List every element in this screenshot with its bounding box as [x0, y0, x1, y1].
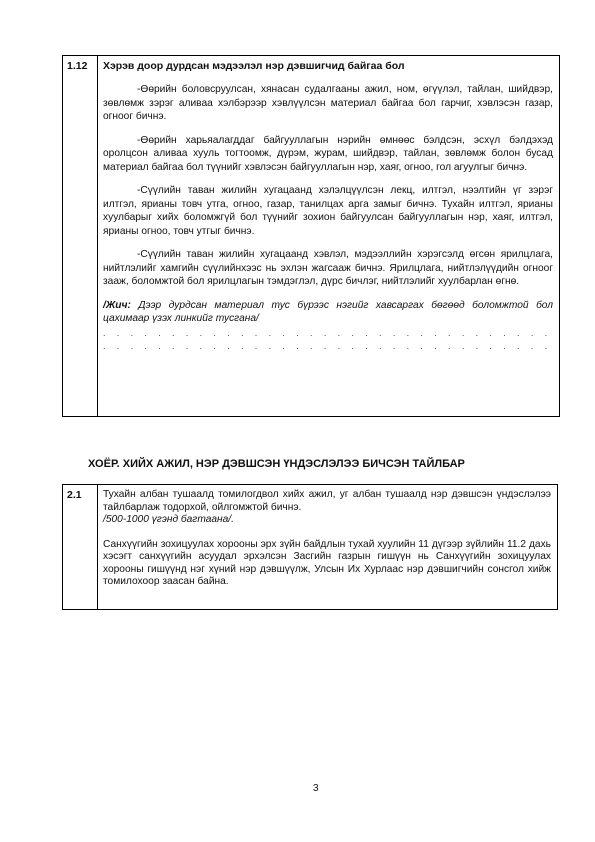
row-heading: Хэрэв доор дурдсан мэдээлэл нэр дэвшигчи… — [103, 60, 553, 73]
row-content: Тухайн албан тушаалд томилогдвол хийх аж… — [98, 485, 557, 609]
justification-table: 2.1 Тухайн албан тушаалд томилогдвол хий… — [62, 484, 558, 610]
row-number: 1.12 — [63, 56, 98, 416]
answer-text: Санхүүгийн зохицуулах хорооны эрх зүйн б… — [103, 539, 551, 589]
instruction-text: Тухайн албан тушаалд томилогдвол хийх аж… — [103, 489, 551, 514]
note: /Жич: Дээр дурдсан материал тус бүрээс н… — [103, 299, 553, 326]
note-text: Дээр дурдсан материал тус бүрээс нэгийг … — [103, 300, 553, 325]
row-number: 2.1 — [63, 485, 98, 609]
answer-line[interactable]: . . . . . . . . . . . . . . . . . . . . … — [103, 328, 553, 339]
word-limit-note: /500-1000 үгэнд багтаана/. — [103, 514, 551, 527]
row-content: Хэрэв доор дурдсан мэдээлэл нэр дэвшигчи… — [98, 56, 559, 416]
note-label: /Жич: — [103, 300, 131, 311]
instruction-paragraph: -Өөрийн харьяалагддаг байгууллагын нэрий… — [103, 134, 553, 175]
instruction-paragraph: -Өөрийн боловсруулсан, хянасан судалгаан… — [103, 83, 553, 124]
instruction-paragraph: -Сүүлийн таван жилийн хугацаанд хэвлэл, … — [103, 248, 553, 289]
section-title: ХОЁР. ХИЙХ АЖИЛ, НЭР ДЭВШСЭН ҮНДЭСЛЭЛЭЭ … — [88, 458, 465, 470]
answer-line[interactable]: . . . . . . . . . . . . . . . . . . . . … — [103, 341, 553, 352]
publications-table: 1.12 Хэрэв доор дурдсан мэдээлэл нэр дэв… — [62, 55, 560, 417]
page-number: 3 — [313, 783, 319, 794]
instruction-paragraph: -Сүүлийн таван жилийн хугацаанд хэлэлцүү… — [103, 184, 553, 238]
